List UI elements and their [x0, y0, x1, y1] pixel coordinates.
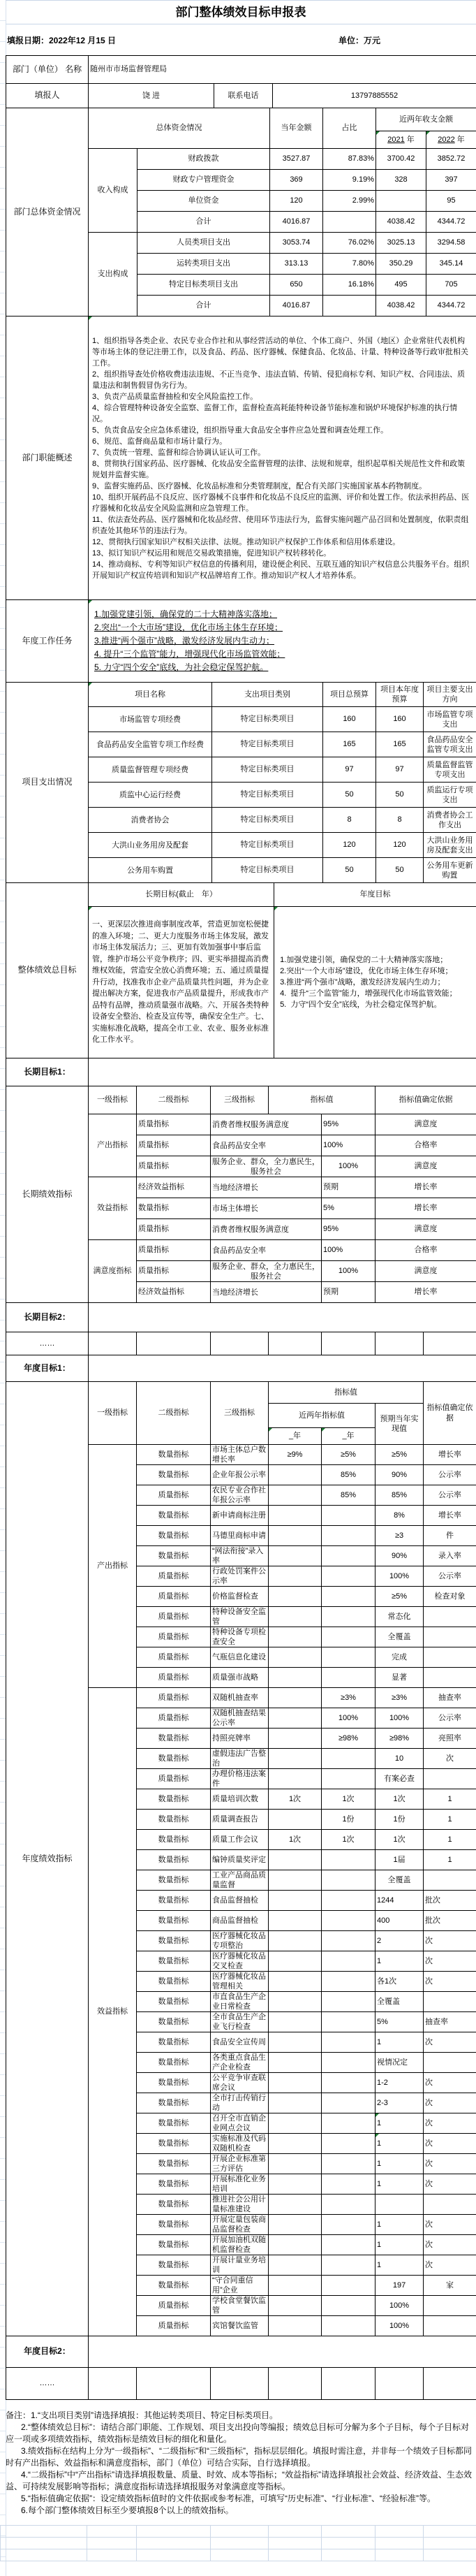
cell[interactable]	[211, 2549, 269, 2561]
fund-item-name[interactable]: 人员类项目支出	[137, 233, 270, 254]
year2-value[interactable]	[322, 1749, 375, 1769]
amount-value[interactable]: 4016.87	[270, 212, 323, 233]
level3-indicator[interactable]: 医疗器械化妆品管理相关	[211, 1972, 269, 1992]
expected-value[interactable]: ≥5%	[375, 1587, 424, 1607]
expected-value[interactable]: ≥5%	[375, 1445, 424, 1465]
level3-indicator[interactable]: 持照亮牌率	[211, 1729, 269, 1749]
level3-indicator[interactable]: 商品监督抽检	[211, 1911, 269, 1931]
year2-value[interactable]	[322, 2093, 375, 2113]
year1-value[interactable]	[269, 2316, 322, 2336]
level2-indicator[interactable]: 数量指标	[137, 1789, 211, 1810]
fund-item-name[interactable]: 合计	[137, 212, 270, 233]
year2-value[interactable]	[322, 2276, 375, 2296]
level3-indicator[interactable]: 各类重点食品生产企业检查	[211, 2053, 269, 2073]
level3-indicator[interactable]: 行政处罚案件公示率	[211, 1566, 269, 1587]
tasks-text[interactable]: 1.加强党建引领，确保党的二十大精神落实落地；2.突出“一个大市场”建设，优化市…	[89, 600, 476, 683]
level3-indicator[interactable]: 市场主体增长	[211, 1198, 322, 1219]
project-annual-budget[interactable]: 165	[376, 732, 424, 757]
an-recent-header[interactable]: 近两年指标值	[269, 1404, 375, 1428]
year1-value[interactable]	[269, 1972, 322, 1992]
cell[interactable]	[269, 1332, 322, 1355]
indicator-basis[interactable]	[424, 1668, 476, 1688]
cell[interactable]	[137, 2549, 211, 2561]
cell[interactable]	[269, 2526, 322, 2538]
y2021-value[interactable]: 4038.42	[376, 296, 426, 316]
level2-indicator[interactable]: 数量指标	[137, 2073, 211, 2093]
indicator-basis[interactable]: 满意度	[375, 1114, 476, 1135]
indicator-basis[interactable]: 次	[424, 2093, 476, 2113]
year2-value[interactable]	[322, 2012, 375, 2032]
indicator-basis[interactable]: 件	[424, 1526, 476, 1546]
indicator-basis[interactable]	[424, 1627, 476, 1647]
cell[interactable]	[1, 2526, 87, 2538]
amount-value[interactable]: 4016.87	[270, 296, 323, 316]
longterm-goal1-label[interactable]: 长期目标1：	[6, 1058, 89, 1086]
level2-indicator[interactable]: 质量指标	[137, 1668, 211, 1688]
projects-section-label[interactable]: 项目支出情况	[6, 683, 89, 883]
lt-l2-header[interactable]: 二级指标	[137, 1086, 211, 1114]
level2-indicator[interactable]: 数量指标	[137, 2235, 211, 2255]
indicator-basis[interactable]	[424, 1647, 476, 1668]
project-direction-header[interactable]: 项目主要支出方向	[424, 683, 476, 707]
year2-value[interactable]	[322, 1931, 375, 1951]
indicator-basis[interactable]	[424, 2195, 476, 2215]
cell[interactable]	[322, 2526, 375, 2538]
level2-indicator[interactable]: 质量指标	[137, 1240, 211, 1261]
level3-indicator[interactable]: 食品药品安全率	[211, 1240, 322, 1261]
level2-indicator[interactable]: 数量指标	[137, 2276, 211, 2296]
y2022-value[interactable]: 705	[426, 275, 476, 296]
year1-value[interactable]	[269, 1566, 322, 1587]
indicator-basis[interactable]: 次	[424, 2215, 476, 2235]
longterm-goal2-value[interactable]	[89, 1303, 476, 1332]
amount-value[interactable]: 650	[270, 275, 323, 296]
lt-l3-header[interactable]: 三级指标	[211, 1086, 269, 1114]
project-name[interactable]: 质监中心运行经费	[89, 783, 212, 808]
project-type[interactable]: 特定目标类项目	[212, 858, 323, 883]
project-direction[interactable]: 大洪山业务用房及配套支出	[424, 833, 476, 858]
year2-value[interactable]	[322, 2154, 375, 2174]
project-direction[interactable]: 质监运行专项支出	[424, 783, 476, 808]
expected-value[interactable]: 有案必查	[375, 1769, 424, 1789]
indicator-basis[interactable]: 亮照率	[424, 1729, 476, 1749]
year2-value[interactable]	[322, 1506, 375, 1526]
indicator-basis[interactable]: 次	[424, 2134, 476, 2154]
year1-value[interactable]	[269, 2053, 322, 2073]
year1-value[interactable]	[269, 1506, 322, 1526]
level3-indicator[interactable]: “网法衔接”录入率	[211, 1546, 269, 1566]
expected-value[interactable]: 全覆盖	[375, 1870, 424, 1891]
expected-value[interactable]: 完成	[375, 1647, 424, 1668]
project-name[interactable]: 大洪山业务用房及配套	[89, 833, 212, 858]
indicator-basis[interactable]: 检查对象	[424, 1587, 476, 1607]
level3-indicator[interactable]: 双随机抽查结果公示率	[211, 1708, 269, 1729]
expected-value[interactable]: ≥3%	[375, 1688, 424, 1708]
indicator-basis[interactable]: 次	[424, 1972, 476, 1992]
year2-value[interactable]	[322, 2215, 375, 2235]
level3-indicator[interactable]: “守合同重信用”企业	[211, 2276, 269, 2296]
level2-indicator[interactable]: 数量指标	[137, 1850, 211, 1870]
year1-value[interactable]: 1次	[269, 1830, 322, 1850]
level1-indicator[interactable]: 满意度指标	[89, 1240, 137, 1303]
expected-value[interactable]: 1份	[375, 1810, 424, 1830]
indicator-basis[interactable]: 1	[424, 1810, 476, 1830]
level2-indicator[interactable]: 数量指标	[137, 1830, 211, 1850]
y2021-value[interactable]: 4038.42	[376, 212, 426, 233]
level3-indicator[interactable]: 企业年报公示率	[211, 1465, 269, 1485]
level2-indicator[interactable]: 数量指标	[137, 1526, 211, 1546]
year2-value[interactable]: ≥5%	[322, 1445, 375, 1465]
year2-value[interactable]	[322, 1668, 375, 1688]
level2-indicator[interactable]: 经济效益指标	[137, 1282, 211, 1303]
indicator-basis[interactable]: 公示率	[424, 1465, 476, 1485]
amount-value[interactable]: 3527.87	[270, 149, 323, 170]
level2-indicator[interactable]: 经济效益指标	[137, 1177, 211, 1198]
cell[interactable]	[137, 2538, 211, 2549]
indicator-value[interactable]: 100%	[322, 1156, 375, 1177]
project-name[interactable]: 消费者协会	[89, 808, 212, 833]
level3-indicator[interactable]: 实施标准及代码双随机检查	[211, 2134, 269, 2154]
indicator-basis[interactable]: 次	[424, 2154, 476, 2174]
expected-value[interactable]: 10	[375, 1749, 424, 1769]
level2-indicator[interactable]: 质量指标	[137, 1708, 211, 1729]
lt-l1-header[interactable]: 一级指标	[89, 1086, 137, 1114]
cell[interactable]	[211, 2368, 269, 2400]
y2022-value[interactable]: 3294.58	[426, 233, 476, 254]
expected-value[interactable]: 1-2	[375, 2073, 424, 2093]
year2-value[interactable]	[322, 2195, 375, 2215]
level3-indicator[interactable]: 当地经济增长	[211, 1282, 322, 1303]
level3-indicator[interactable]: 市场主体总户数增长率	[211, 1445, 269, 1465]
level2-indicator[interactable]: 数量指标	[137, 1749, 211, 1769]
indicator-value[interactable]: 100%	[322, 1261, 375, 1282]
y2021-value[interactable]: 3700.42	[376, 149, 426, 170]
level2-indicator[interactable]: 数量指标	[137, 1729, 211, 1749]
indicator-basis[interactable]	[424, 2316, 476, 2336]
level2-indicator[interactable]: 数量指标	[137, 1931, 211, 1951]
level3-indicator[interactable]: 学校食堂餐饮监管	[211, 2296, 269, 2316]
level2-indicator[interactable]: 数量指标	[137, 2255, 211, 2276]
functions-text[interactable]: 1、组织指导各类企业、农民专业合作社和从事经营活动的单位、个体工商户、外国（地区…	[89, 316, 476, 600]
cell[interactable]	[322, 2549, 375, 2561]
year2-value[interactable]	[322, 1627, 375, 1647]
year2-value[interactable]	[322, 1951, 375, 1972]
level3-indicator[interactable]: 医疗器械化妆品交叉检查	[211, 1951, 269, 1972]
level3-indicator[interactable]: 新申请商标注册	[211, 1506, 269, 1526]
cell[interactable]	[87, 2526, 137, 2538]
ratio-value[interactable]: 87.83%	[323, 149, 376, 170]
level3-indicator[interactable]: 质量工作会议	[211, 1830, 269, 1850]
year2-value[interactable]	[322, 1587, 375, 1607]
indicator-basis[interactable]: 合格率	[375, 1240, 476, 1261]
level3-indicator[interactable]: 质量强市战略	[211, 1668, 269, 1688]
indicator-value[interactable]: 5%	[322, 1198, 375, 1219]
level2-indicator[interactable]: 数量指标	[137, 1445, 211, 1465]
year1-value[interactable]	[269, 1911, 322, 1931]
expected-value[interactable]: 2	[375, 1931, 424, 1951]
indicator-value[interactable]: 100%	[322, 1135, 375, 1156]
expected-value[interactable]: 1	[375, 2134, 424, 2154]
functions-label[interactable]: 部门职能概述	[6, 316, 89, 600]
year1-value[interactable]	[269, 1749, 322, 1769]
level2-indicator[interactable]: 质量指标	[137, 1769, 211, 1789]
project-direction[interactable]: 消费者协会工作支出	[424, 808, 476, 833]
level2-indicator[interactable]: 质量指标	[137, 1156, 211, 1177]
year1-value[interactable]	[269, 1931, 322, 1951]
expected-value[interactable]: 90%	[375, 1465, 424, 1485]
level2-indicator[interactable]: 数量指标	[137, 2174, 211, 2195]
expected-value[interactable]: 全覆盖	[375, 1627, 424, 1647]
project-type[interactable]: 特定目标类项目	[212, 707, 323, 732]
y2022-value[interactable]: 3852.72	[426, 149, 476, 170]
level2-indicator[interactable]: 质量指标	[137, 2296, 211, 2316]
an-basis-header[interactable]: 指标值确定依据	[424, 1382, 476, 1445]
cell[interactable]	[269, 2538, 322, 2549]
filler-value[interactable]: 饶 进	[89, 84, 214, 108]
y2021-value[interactable]: 495	[376, 275, 426, 296]
level2-indicator[interactable]: 质量指标	[137, 1261, 211, 1282]
level3-indicator[interactable]: 开展标准化业务培训	[211, 2174, 269, 2195]
year2-value[interactable]	[322, 1992, 375, 2012]
year2-value[interactable]	[322, 2235, 375, 2255]
project-type[interactable]: 特定目标类项目	[212, 757, 323, 783]
level2-indicator[interactable]: 质量指标	[137, 1219, 211, 1240]
level3-indicator[interactable]: 食品监督抽检	[211, 1891, 269, 1911]
level3-indicator[interactable]: 工业产品商品质量监督	[211, 1870, 269, 1891]
fund-item-name[interactable]: 运转类项目支出	[137, 254, 270, 275]
level3-indicator[interactable]: 消费者维权服务满意度	[211, 1114, 322, 1135]
indicator-basis[interactable]	[424, 1870, 476, 1891]
level3-indicator[interactable]: 医疗器械化妆品专项整治	[211, 1931, 269, 1951]
fund-item-name[interactable]: 单位资金	[137, 191, 270, 212]
level2-indicator[interactable]: 质量指标	[137, 1627, 211, 1647]
year-2021-header[interactable]: 2021 年	[376, 131, 426, 149]
y2021-value[interactable]	[376, 191, 426, 212]
year2-value[interactable]	[322, 2073, 375, 2093]
overall-goal-label[interactable]: 整体绩效总目标	[6, 883, 89, 1058]
year1-value[interactable]	[269, 1485, 322, 1506]
ratio-value[interactable]: 7.80%	[323, 254, 376, 275]
project-total-budget[interactable]: 50	[323, 783, 376, 808]
expected-value[interactable]: 1	[375, 2255, 424, 2276]
expected-value[interactable]: 视情况定	[375, 2053, 424, 2073]
year2-value[interactable]	[322, 1546, 375, 1566]
funds-ratio-header[interactable]: 占比	[323, 108, 376, 149]
income-group-label[interactable]: 收入构成	[89, 149, 137, 233]
tasks-label[interactable]: 年度工作任务	[6, 600, 89, 683]
longterm-indicators-label[interactable]: 长期绩效指标	[6, 1086, 89, 1303]
indicator-basis[interactable]: 增长率	[424, 1445, 476, 1465]
expected-value[interactable]: 100%	[375, 1566, 424, 1587]
level2-indicator[interactable]: 数量指标	[137, 1870, 211, 1891]
expected-value[interactable]: 1244	[375, 1891, 424, 1911]
amount-value[interactable]: 3053.74	[270, 233, 323, 254]
cell[interactable]	[269, 2368, 322, 2400]
year2-value[interactable]: ≥98%	[322, 1729, 375, 1749]
indicator-basis[interactable]: 合格率	[375, 1135, 476, 1156]
project-total-budget[interactable]: 8	[323, 808, 376, 833]
phone-value[interactable]: 13797885552	[273, 84, 476, 108]
level3-indicator[interactable]: 服务企业、群众，全力惠民生，服务社会	[211, 1156, 322, 1177]
level3-indicator[interactable]: 全市打击传销行动	[211, 2093, 269, 2113]
an-blank-year-2[interactable]: _年	[322, 1428, 375, 1445]
longterm-goal-text[interactable]: 一、更深层次推进商事制度改革，营造更加宽松便捷的准入环境；二、更大力度服务市场主…	[89, 907, 274, 1058]
indicator-value[interactable]: 95%	[322, 1219, 375, 1240]
level2-indicator[interactable]: 数量指标	[137, 2134, 211, 2154]
indicator-basis[interactable]: 增长率	[375, 1177, 476, 1198]
year1-value[interactable]	[269, 1870, 322, 1891]
year2-value[interactable]	[322, 2113, 375, 2134]
y2022-value[interactable]: 95	[426, 191, 476, 212]
level3-indicator[interactable]: 宾馆餐饮监管	[211, 2316, 269, 2336]
an-l3-header[interactable]: 三级指标	[211, 1382, 269, 1445]
indicator-basis[interactable]: 次	[424, 2174, 476, 2195]
indicator-basis[interactable]: 1	[424, 1850, 476, 1870]
expected-value[interactable]: 全覆盖	[375, 1992, 424, 2012]
level2-indicator[interactable]: 数量指标	[137, 1951, 211, 1972]
year1-value[interactable]	[269, 1688, 322, 1708]
cell[interactable]	[424, 2538, 476, 2549]
indicator-basis[interactable]: 增长率	[375, 1282, 476, 1303]
level3-indicator[interactable]: 开展计量业务培训	[211, 2255, 269, 2276]
year1-value[interactable]	[269, 2235, 322, 2255]
project-total-budget[interactable]: 165	[323, 732, 376, 757]
indicator-basis[interactable]	[424, 1607, 476, 1627]
ratio-value[interactable]	[323, 296, 376, 316]
project-name[interactable]: 质量监督管理专项经费	[89, 757, 212, 783]
level3-indicator[interactable]: 特种设备专项检查安全	[211, 1627, 269, 1647]
project-annual-header[interactable]: 项目本年度预算	[376, 683, 424, 707]
expected-value[interactable]: 2-3	[375, 2093, 424, 2113]
year1-value[interactable]	[269, 2134, 322, 2154]
ratio-value[interactable]: 2.99%	[323, 191, 376, 212]
fund-item-name[interactable]: 财政拨款	[137, 149, 270, 170]
expected-value[interactable]: 1次	[375, 1789, 424, 1810]
expected-value[interactable]: 1届	[375, 1850, 424, 1870]
project-total-header[interactable]: 项目总预算	[323, 683, 376, 707]
level2-indicator[interactable]: 数量指标	[137, 1506, 211, 1526]
year1-value[interactable]	[269, 2032, 322, 2053]
year1-value[interactable]	[269, 2174, 322, 2195]
indicator-basis[interactable]: 抽查率	[424, 2012, 476, 2032]
indicator-basis[interactable]: 公示率	[424, 1566, 476, 1587]
year2-value[interactable]: 1次	[322, 1830, 375, 1850]
indicator-basis[interactable]: 次	[424, 2032, 476, 2053]
year2-value[interactable]	[322, 1870, 375, 1891]
level2-indicator[interactable]: 质量指标	[137, 1647, 211, 1668]
expected-value[interactable]: 100%	[375, 2316, 424, 2336]
year2-value[interactable]	[322, 1566, 375, 1587]
cell[interactable]	[375, 2549, 424, 2561]
project-annual-budget[interactable]: 120	[376, 833, 424, 858]
lt-basis-header[interactable]: 指标值确定依据	[375, 1086, 476, 1114]
year1-value[interactable]: ≥9%	[269, 1445, 322, 1465]
year1-value[interactable]	[269, 1891, 322, 1911]
cell[interactable]	[211, 2526, 269, 2538]
project-type[interactable]: 特定目标类项目	[212, 783, 323, 808]
cell[interactable]	[137, 1332, 211, 1355]
level3-indicator[interactable]: 质量培训次数	[211, 1789, 269, 1810]
longterm-goal-header[interactable]: 长期目标(截止 年）	[89, 883, 274, 907]
expected-value[interactable]: 1	[375, 2032, 424, 2053]
expected-value[interactable]: 1	[375, 1951, 424, 1972]
level2-indicator[interactable]: 数量指标	[137, 2113, 211, 2134]
level2-indicator[interactable]: 质量指标	[137, 2316, 211, 2336]
level2-indicator[interactable]: 数量指标	[137, 1911, 211, 1931]
annual-goal1-value[interactable]	[89, 1355, 476, 1382]
level3-indicator[interactable]: 虚假违法广告整治	[211, 1749, 269, 1769]
expected-value[interactable]: 1	[375, 2235, 424, 2255]
level3-indicator[interactable]: 全市食品生产企业飞行检查	[211, 2012, 269, 2032]
cell[interactable]	[424, 2368, 476, 2400]
project-name[interactable]: 公务用车购置	[89, 858, 212, 883]
cell[interactable]	[211, 1332, 269, 1355]
project-type[interactable]: 特定目标类项目	[212, 833, 323, 858]
cell[interactable]	[322, 2368, 375, 2400]
level2-indicator[interactable]: 质量指标	[137, 1607, 211, 1627]
indicator-basis[interactable]: 满意度	[375, 1219, 476, 1240]
year1-value[interactable]	[269, 1587, 322, 1607]
year1-value[interactable]	[269, 1810, 322, 1830]
cell[interactable]	[424, 2526, 476, 2538]
level3-indicator[interactable]: 当地经济增长	[211, 1177, 322, 1198]
year1-value[interactable]	[269, 2195, 322, 2215]
indicator-basis[interactable]	[424, 2296, 476, 2316]
expected-value[interactable]: 1	[375, 2215, 424, 2235]
annual-goal2-value[interactable]	[89, 2336, 476, 2368]
year1-value[interactable]	[269, 1729, 322, 1749]
expected-value[interactable]: ≥98%	[375, 1729, 424, 1749]
amount-value[interactable]: 313.13	[270, 254, 323, 275]
level2-indicator[interactable]: 数量指标	[137, 2053, 211, 2073]
project-total-budget[interactable]: 97	[323, 757, 376, 783]
year1-value[interactable]	[269, 2012, 322, 2032]
year2-value[interactable]	[322, 1911, 375, 1931]
year1-value[interactable]	[269, 1668, 322, 1688]
expected-value[interactable]: 1次	[375, 1830, 424, 1850]
indicator-basis[interactable]: 次	[424, 2073, 476, 2093]
cell[interactable]	[269, 2549, 322, 2561]
project-name-header[interactable]: 项目名称	[89, 683, 212, 707]
year1-value[interactable]	[269, 2113, 322, 2134]
project-type[interactable]: 特定目标类项目	[212, 808, 323, 833]
y2022-value[interactable]: 4344.72	[426, 212, 476, 233]
level3-indicator[interactable]: 双随机抽查率	[211, 1688, 269, 1708]
year2-value[interactable]	[322, 2174, 375, 2195]
longterm-goal1-value[interactable]	[89, 1058, 476, 1086]
year2-value[interactable]	[322, 1647, 375, 1668]
dept-name-label[interactable]: 部门（单位） 名称	[6, 56, 89, 84]
cell[interactable]	[322, 1332, 375, 1355]
level2-indicator[interactable]: 数量指标	[137, 2215, 211, 2235]
project-direction[interactable]: 市场监管专项支出	[424, 707, 476, 732]
indicator-basis[interactable]: 增长率	[375, 1198, 476, 1219]
expected-value[interactable]: 85%	[375, 1485, 424, 1506]
indicator-basis[interactable]	[424, 1992, 476, 2012]
ellipsis-label[interactable]: ……	[6, 1332, 89, 1355]
indicator-basis[interactable]: 次	[424, 2235, 476, 2255]
indicator-value[interactable]: 100%	[322, 1240, 375, 1261]
level2-indicator[interactable]: 质量指标	[137, 1587, 211, 1607]
longterm-goal2-label[interactable]: 长期目标2：	[6, 1303, 89, 1332]
level3-indicator[interactable]: 开展加油机双随机监督检查	[211, 2235, 269, 2255]
indicator-basis[interactable]	[424, 1769, 476, 1789]
level3-indicator[interactable]: 消费者维权服务满意度	[211, 1219, 322, 1240]
level2-indicator[interactable]: 数量指标	[137, 1992, 211, 2012]
year2-value[interactable]	[322, 2053, 375, 2073]
expected-value[interactable]: 100%	[375, 2296, 424, 2316]
dept-name-value[interactable]: 随州市市场监督管理局	[89, 56, 476, 84]
